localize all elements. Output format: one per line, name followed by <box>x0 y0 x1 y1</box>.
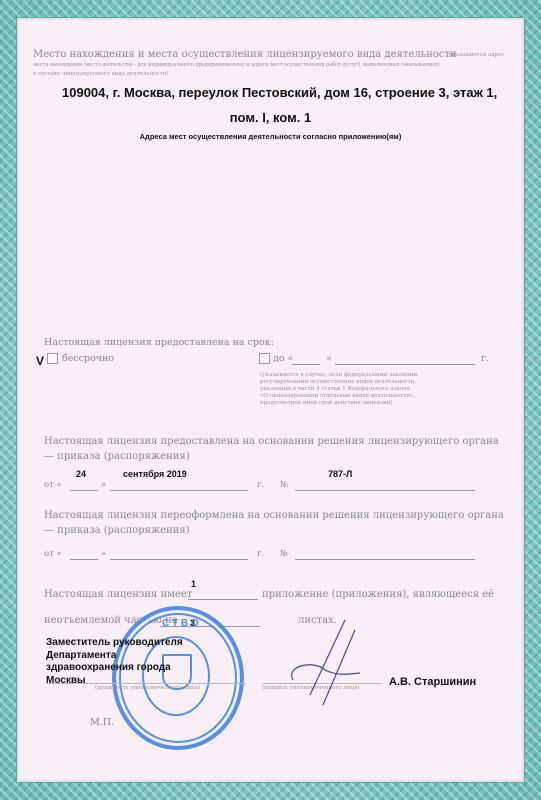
indefinite-checkbox[interactable] <box>47 353 58 364</box>
seal-top-text: С Т В О <box>162 618 199 629</box>
address-line-1: 109004, г. Москва, переулок Пестовский, … <box>62 85 497 100</box>
until-checkbox[interactable] <box>259 353 270 364</box>
appendix-count: 1 <box>191 579 196 589</box>
reissued-number-field[interactable] <box>295 559 475 560</box>
position-hint: (должность уполномоченного лица) <box>95 685 200 692</box>
indefinite-check-mark: V <box>36 354 44 368</box>
reissued-month-year-field[interactable] <box>110 559 248 560</box>
until-year-suffix: г. <box>481 353 489 364</box>
reissued-day-field[interactable] <box>70 559 98 560</box>
granted-number: 787-Л <box>328 469 352 479</box>
address-hint-3: в составе лицензируемого вида деятельнос… <box>33 71 169 77</box>
until-quote-close: » <box>326 353 332 364</box>
signatory-position: Заместитель руководителя Департамента зд… <box>46 637 183 687</box>
granted-from-label: от « <box>44 480 62 490</box>
address-label: Место нахождения и места осуществления л… <box>33 49 457 60</box>
reissued-from-label: от « <box>44 549 62 559</box>
seal-label: М.П. <box>90 717 114 728</box>
address-hint-1: (указываются адрес <box>446 52 505 58</box>
granted-number-field[interactable] <box>295 490 475 491</box>
term-label: Настоящая лицензия предоставлена на срок… <box>44 337 274 348</box>
signatory-name: А.В. Старшинин <box>389 676 476 688</box>
address-hint-2: места нахождения (место жительства - для… <box>33 62 439 68</box>
granted-day-field[interactable] <box>70 490 98 491</box>
address-line-2: пом. I, ком. 1 <box>0 110 541 125</box>
granted-line-1: Настоящая лицензия предоставлена на осно… <box>44 436 499 447</box>
reissued-line-2: — приказа (распоряжения) <box>44 525 190 536</box>
granted-number-label: № <box>280 480 288 490</box>
address-note: Адреса мест осуществления деятельности с… <box>0 132 541 141</box>
appendix-line-1-pre: Настоящая лицензия имеет <box>44 589 192 600</box>
appendix-line-1-post: приложение (приложения), являющееся её <box>262 589 494 600</box>
position-line <box>46 683 246 684</box>
indefinite-label: бессрочно <box>62 353 114 364</box>
reissued-number-label: № <box>280 549 288 559</box>
granted-year-suffix: г. <box>257 480 264 490</box>
appendix-count-field[interactable] <box>188 599 258 600</box>
reissued-quote-close: » <box>101 549 106 559</box>
handwritten-signature <box>275 615 365 710</box>
reissued-line-1: Настоящая лицензия переоформлена на осно… <box>44 510 504 521</box>
until-hint: (указывается в случае, если федеральными… <box>260 372 419 407</box>
granted-month-year: сентября 2019 <box>123 469 187 479</box>
granted-line-2: — приказа (распоряжения) <box>44 451 190 462</box>
granted-quote-close: » <box>101 480 106 490</box>
until-month-year-field[interactable] <box>335 364 475 365</box>
granted-month-year-field[interactable] <box>110 490 248 491</box>
until-day-field[interactable] <box>292 364 320 365</box>
until-label: до « <box>273 353 293 364</box>
reissued-year-suffix: г. <box>257 549 264 559</box>
granted-day: 24 <box>76 469 86 479</box>
